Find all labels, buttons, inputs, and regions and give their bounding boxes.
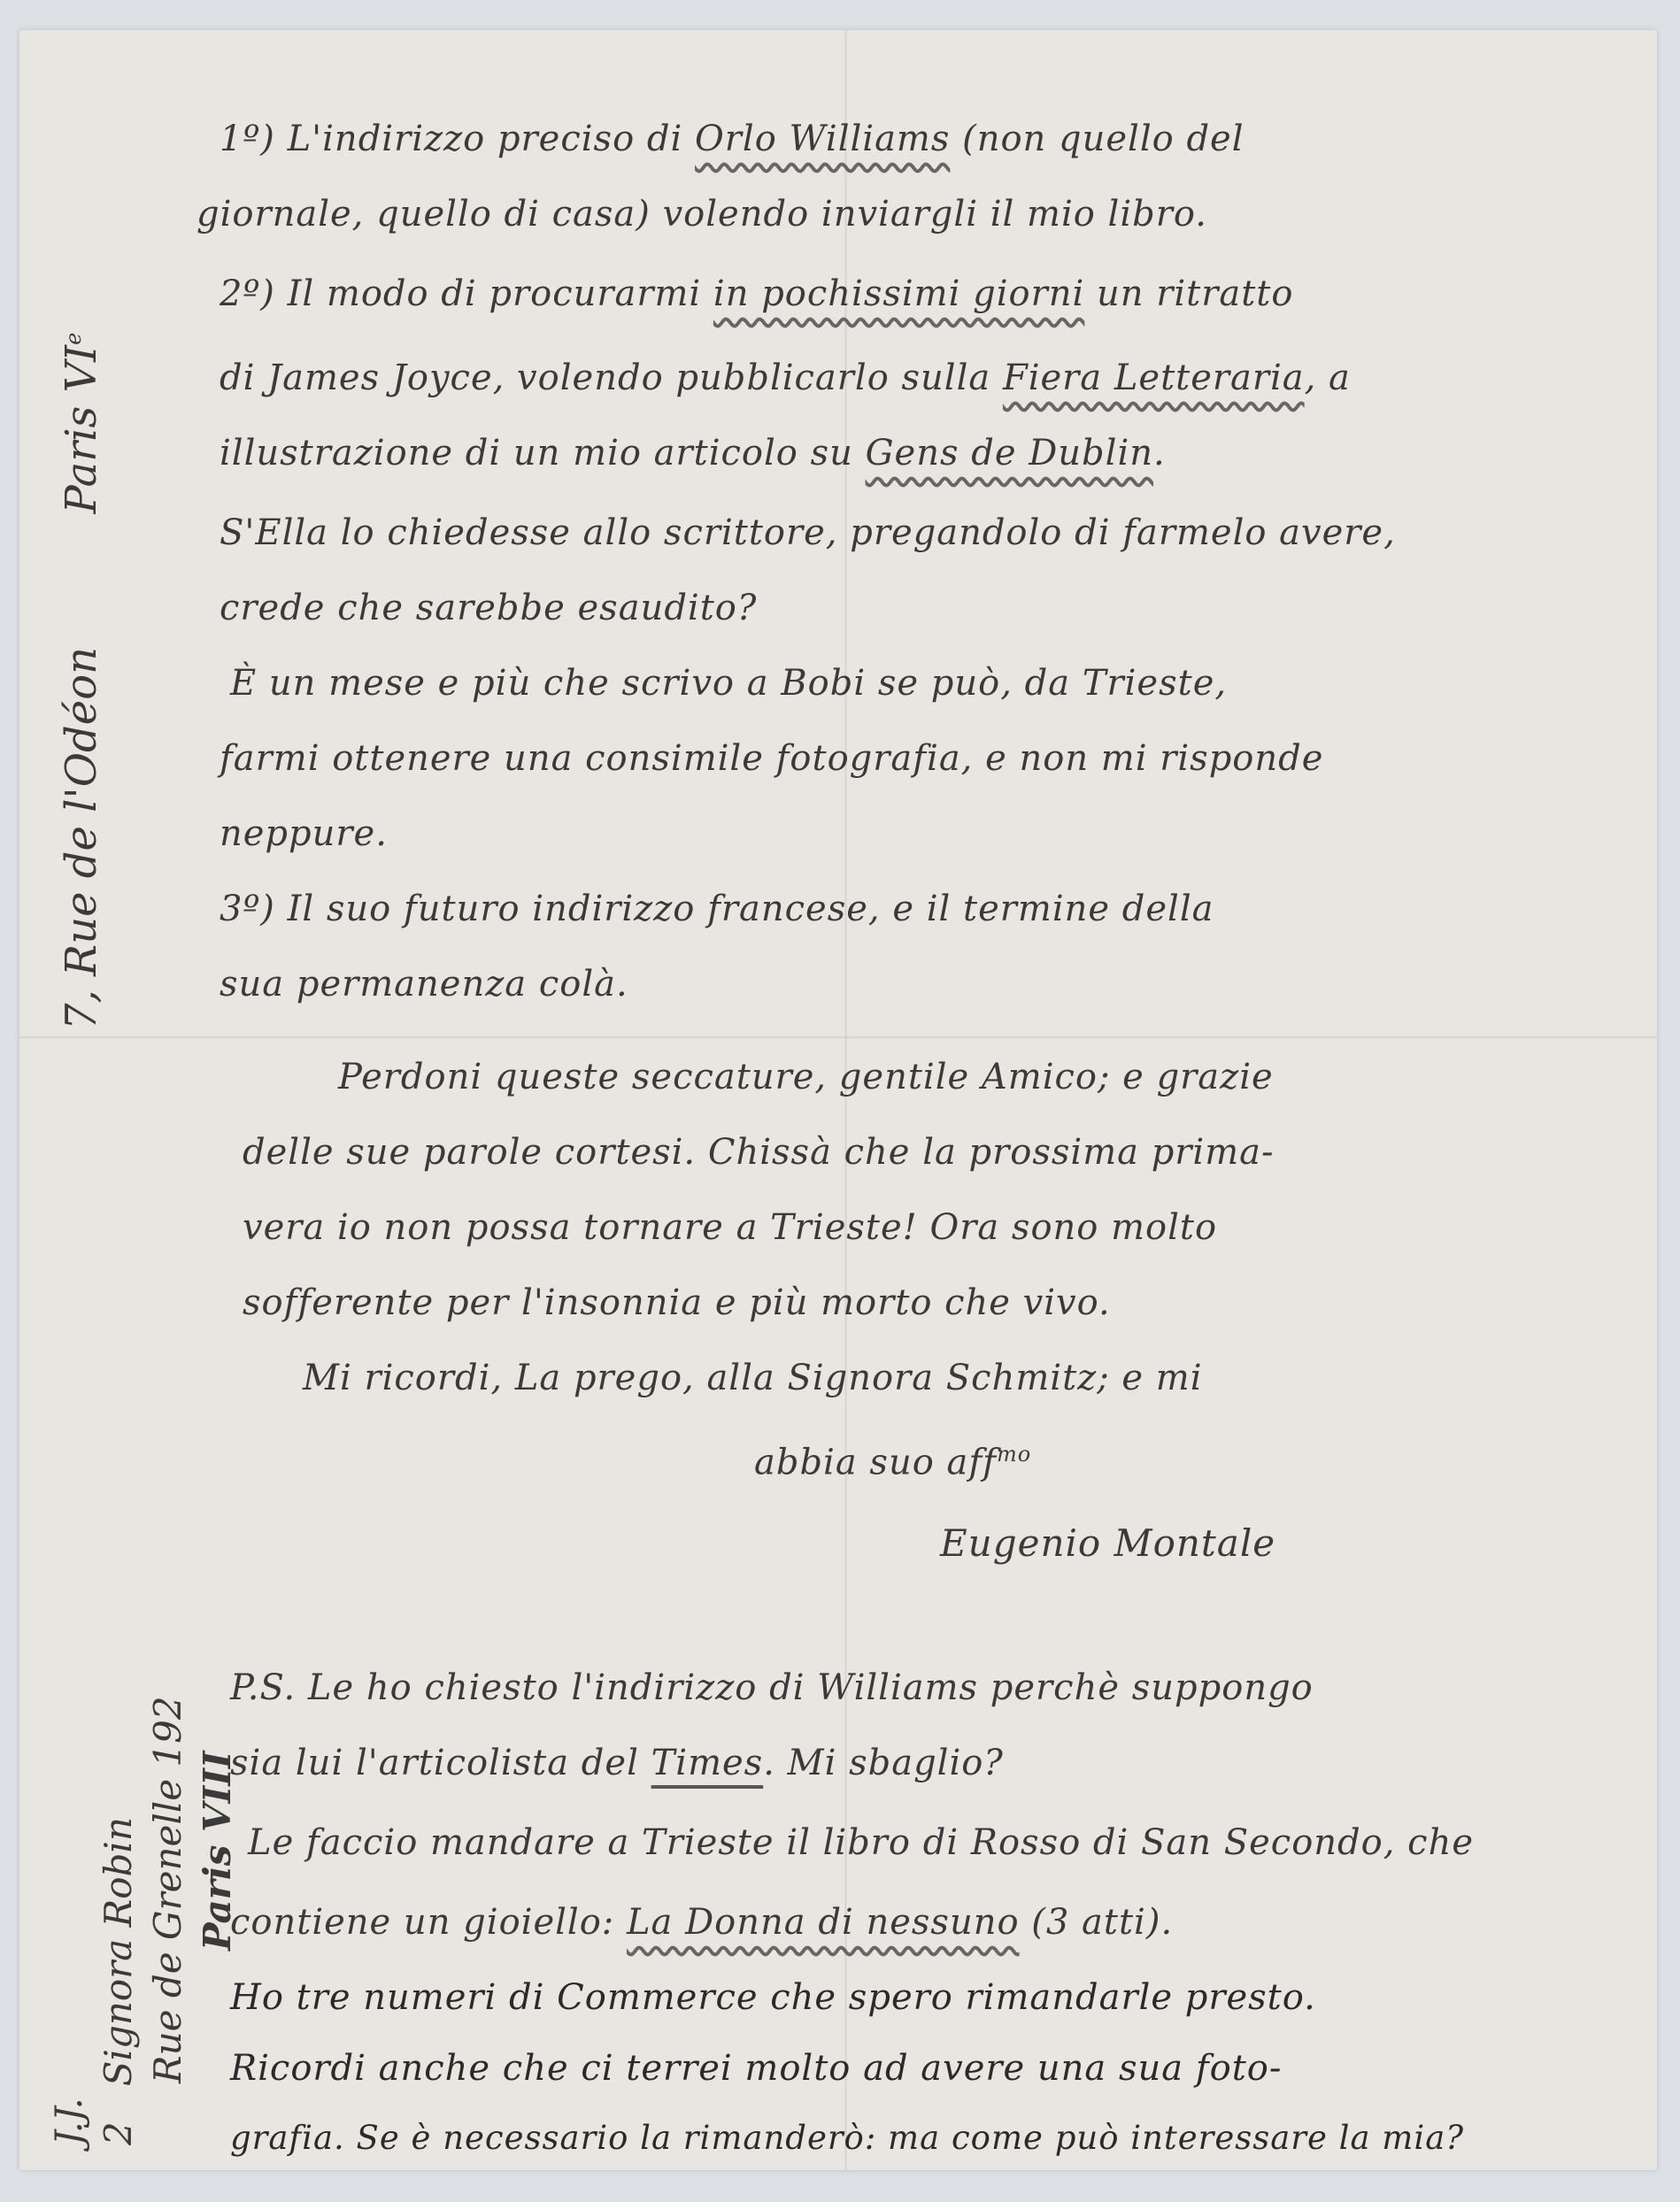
body-line-16: sofferente per l'insonnia e più morto ch… <box>243 1282 1111 1323</box>
margin-address-superscript: e <box>61 333 86 345</box>
body-line-2: giornale, quello di casa) volendo inviar… <box>197 194 1207 235</box>
underlined-title-times: Times <box>651 1743 764 1783</box>
body-line-3: 2º) Il modo di procurarmi in pochissimi … <box>220 273 1293 314</box>
letter-sheet: 7, Rue de l'Odéon Paris VIe J.J. 2Signor… <box>19 30 1657 2170</box>
body-line-15: vera io non possa tornare a Trieste! Ora… <box>243 1207 1217 1248</box>
ps-line-2: sia lui l'articolista del Times. Mi sbag… <box>230 1743 1004 1783</box>
margin-number: 2 <box>96 2121 140 2145</box>
closing-superscript: mo <box>997 1442 1031 1467</box>
ps-line-7: grafia. Se è necessario la rimanderò: ma… <box>230 2119 1464 2157</box>
body-line-5: illustrazione di un mio articolo su Gens… <box>220 433 1166 474</box>
margin-line-2: Rue de Grenelle 192 <box>146 1696 189 2083</box>
underlined-name-orlo-williams: Orlo Williams <box>695 119 950 159</box>
body-line-14: delle sue parole cortesi. Chissà che la … <box>243 1132 1275 1173</box>
ps-line-1: P.S. Le ho chiesto l'indirizzo di Willia… <box>230 1667 1314 1708</box>
ps-line-6: Ricordi anche che ci terrei molto ad ave… <box>230 2048 1282 2089</box>
underlined-title-fiera-letteraria: Fiera Letteraria <box>1003 358 1305 398</box>
margin-address-street: 7, Rue de l'Odéon <box>57 647 106 1030</box>
margin-address-city: Paris VI <box>57 345 106 514</box>
underlined-phrase-pochissimi-giorni: in pochissimi giorni <box>713 273 1084 314</box>
body-line-4: di James Joyce, volendo pubblicarlo sull… <box>220 358 1351 398</box>
body-line-8: È un mese e più che scrivo a Bobi se può… <box>230 663 1227 704</box>
body-line-11: 3º) Il suo futuro indirizzo francese, e … <box>220 889 1214 929</box>
underlined-title-gens-de-dublin: Gens de Dublin <box>866 433 1153 474</box>
body-line-13: Perdoni queste seccature, gentile Amico;… <box>338 1057 1274 1097</box>
margin-initials: J.J. <box>47 2098 90 2145</box>
body-line-9: farmi ottenere una consimile fotografia,… <box>220 738 1323 779</box>
closing-line: abbia suo affmo <box>754 1442 1031 1482</box>
margin-line-1: Signora Robin <box>96 1817 140 2086</box>
ps-line-3: Le faccio mandare a Trieste il libro di … <box>248 1822 1474 1863</box>
ps-line-4: contiene un gioiello: La Donna di nessun… <box>230 1902 1173 1943</box>
margin-address-bottom: J.J. 2Signora Robin Rue de Grenelle 192 … <box>44 1696 243 2145</box>
signature: Eugenio Montale <box>940 1521 1275 1565</box>
body-line-1: 1º) L'indirizzo preciso di Orlo Williams… <box>220 119 1245 159</box>
underlined-title-la-donna-di-nessuno: La Donna di nessuno <box>627 1902 1020 1943</box>
body-line-17: Mi ricordi, La prego, alla Signora Schmi… <box>303 1358 1203 1398</box>
body-line-12: sua permanenza colà. <box>220 964 628 1005</box>
body-line-7: crede che sarebbe esaudito? <box>220 588 757 628</box>
body-line-10: neppure. <box>220 813 388 854</box>
horizontal-fold-crease <box>19 1036 1657 1039</box>
margin-address-top: 7, Rue de l'Odéon Paris VIe <box>57 333 106 1030</box>
ps-line-5: Ho tre numeri di Commerce che spero rima… <box>230 1977 1316 2018</box>
body-line-6: S'Ella lo chiedesse allo scrittore, preg… <box>220 512 1396 553</box>
